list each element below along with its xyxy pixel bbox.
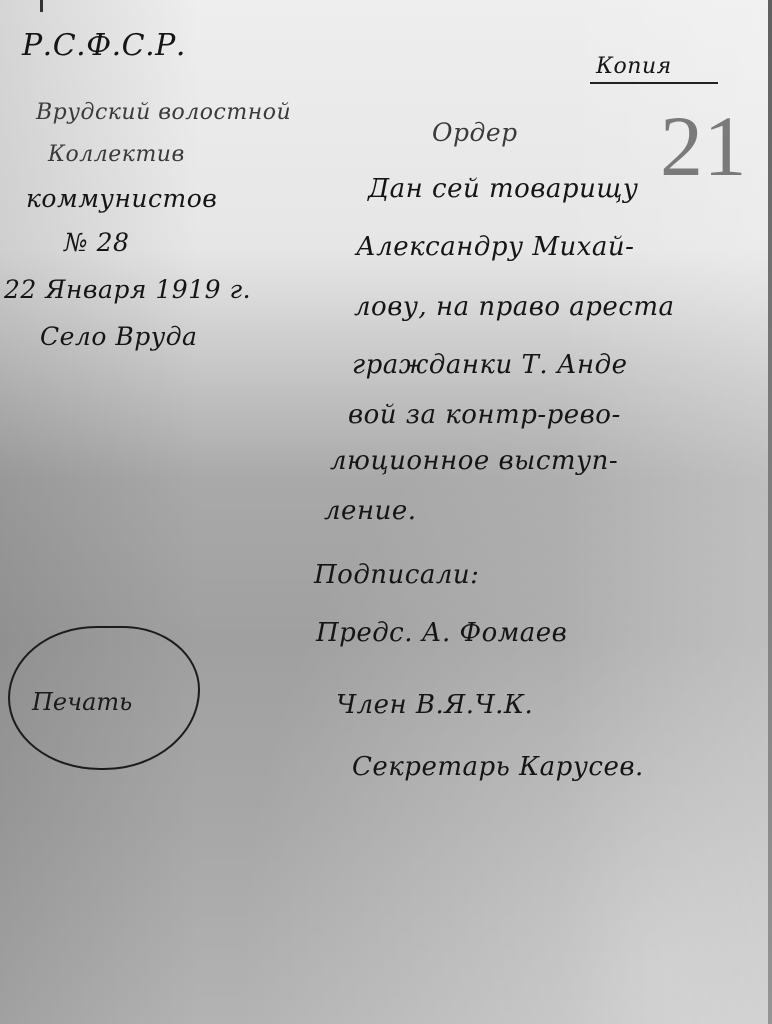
body-line-6: люционное выступ- <box>330 446 618 476</box>
seal-outline: Печать <box>8 626 200 770</box>
organization-line-2: Коллектив <box>48 142 185 167</box>
margin-mark <box>40 0 43 12</box>
body-line-7: ление. <box>324 496 416 526</box>
document-title: Ордер <box>432 118 518 147</box>
body-line-5: вой за контр-рево- <box>348 400 621 430</box>
document-sheet: Р.С.Ф.С.Р. Врудский волостной Коллектив … <box>0 0 772 1024</box>
page-edge <box>768 0 772 1024</box>
document-number: № 28 <box>64 228 129 257</box>
copy-mark: Копия <box>596 54 672 79</box>
body-line-4: гражданки Т. Анде <box>352 350 628 380</box>
body-line-3: лову, на право ареста <box>354 292 675 322</box>
document-place: Село Вруда <box>40 322 197 351</box>
body-line-2: Александру Михай- <box>356 232 634 262</box>
seal-label: Печать <box>32 688 132 716</box>
organization-line-3: коммунистов <box>26 184 217 213</box>
signatures-heading: Подписали: <box>314 560 479 590</box>
organization-line-1: Врудский волостной <box>36 100 291 125</box>
archive-number: 21 <box>660 96 747 196</box>
copy-mark-underline <box>590 82 718 84</box>
body-line-1: Дан сей товарищу <box>368 174 638 204</box>
signature-member: Член В.Я.Ч.К. <box>336 690 533 720</box>
signature-chairman: Предс. А. Фомаев <box>316 618 567 648</box>
signature-secretary: Секретарь Карусев. <box>352 752 644 782</box>
document-date: 22 Января 1919 г. <box>4 275 251 304</box>
state-abbreviation: Р.С.Ф.С.Р. <box>22 28 186 63</box>
